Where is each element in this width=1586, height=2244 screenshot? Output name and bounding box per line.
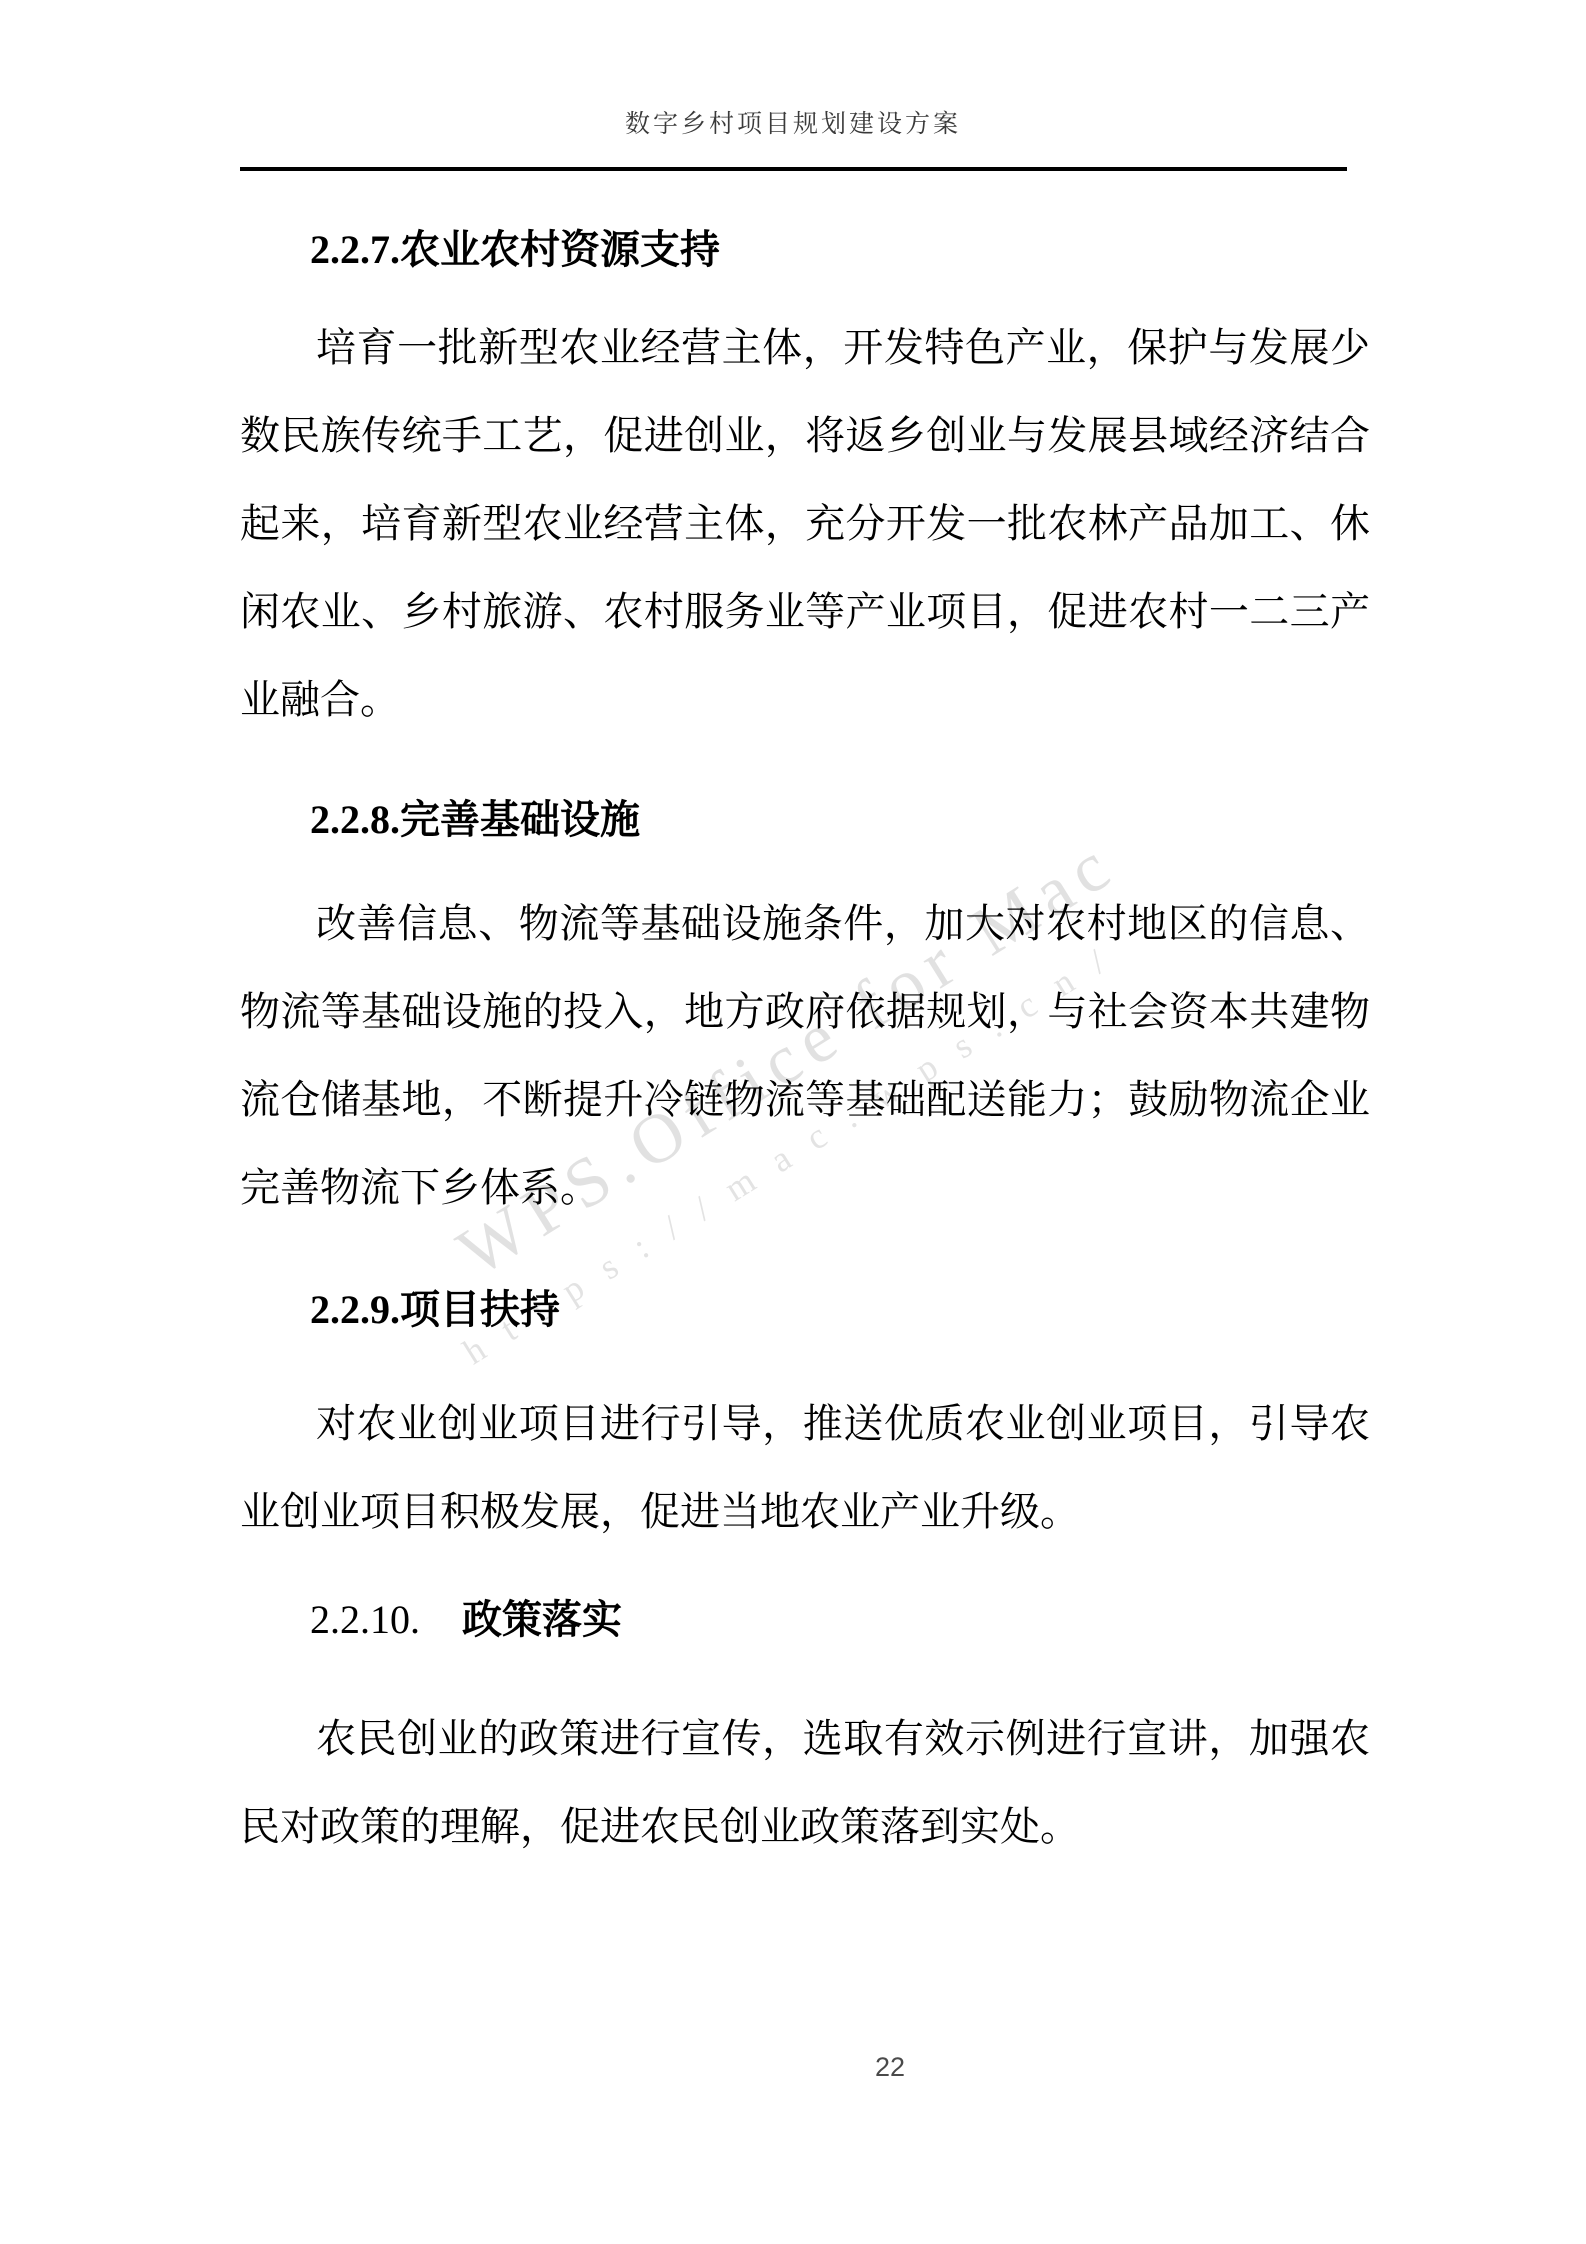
section-paragraph-2-2-9: 对农业创业项目进行引导，推送优质农业创业项目，引导农业创业项目积极发展，促进当地… [240,1380,1370,1556]
content-layer: 数字乡村项目规划建设方案 2.2.7.农业农村资源支持 培育一批新型农业经营主体… [0,0,1586,2244]
section-heading-2-2-8: 2.2.8.完善基础设施 [310,794,640,846]
section-heading-2-2-7: 2.2.7.农业农村资源支持 [310,224,720,276]
document-page: WPS.Office for Mac https://mac.wps.cn/ 数… [0,0,1586,2244]
section-paragraph-2-2-7: 培育一批新型农业经营主体，开发特色产业，保护与发展少数民族传统手工艺，促进创业，… [240,304,1370,744]
section-heading-2-2-10-number: 2.2.10. [310,1597,420,1642]
page-header-title: 数字乡村项目规划建设方案 [0,104,1586,140]
section-heading-2-2-10-title: 政策落实 [462,1597,622,1642]
page-number: 22 [740,2052,1040,2083]
section-paragraph-2-2-8: 改善信息、物流等基础设施条件，加大对农村地区的信息、物流等基础设施的投入，地方政… [240,880,1370,1232]
section-heading-2-2-9: 2.2.9.项目扶持 [310,1284,560,1336]
section-paragraph-2-2-10: 农民创业的政策进行宣传，选取有效示例进行宣讲，加强农民对政策的理解，促进农民创业… [240,1695,1370,1871]
section-heading-2-2-10: 2.2.10.政策落实 [310,1594,622,1646]
header-divider-line [240,167,1347,171]
